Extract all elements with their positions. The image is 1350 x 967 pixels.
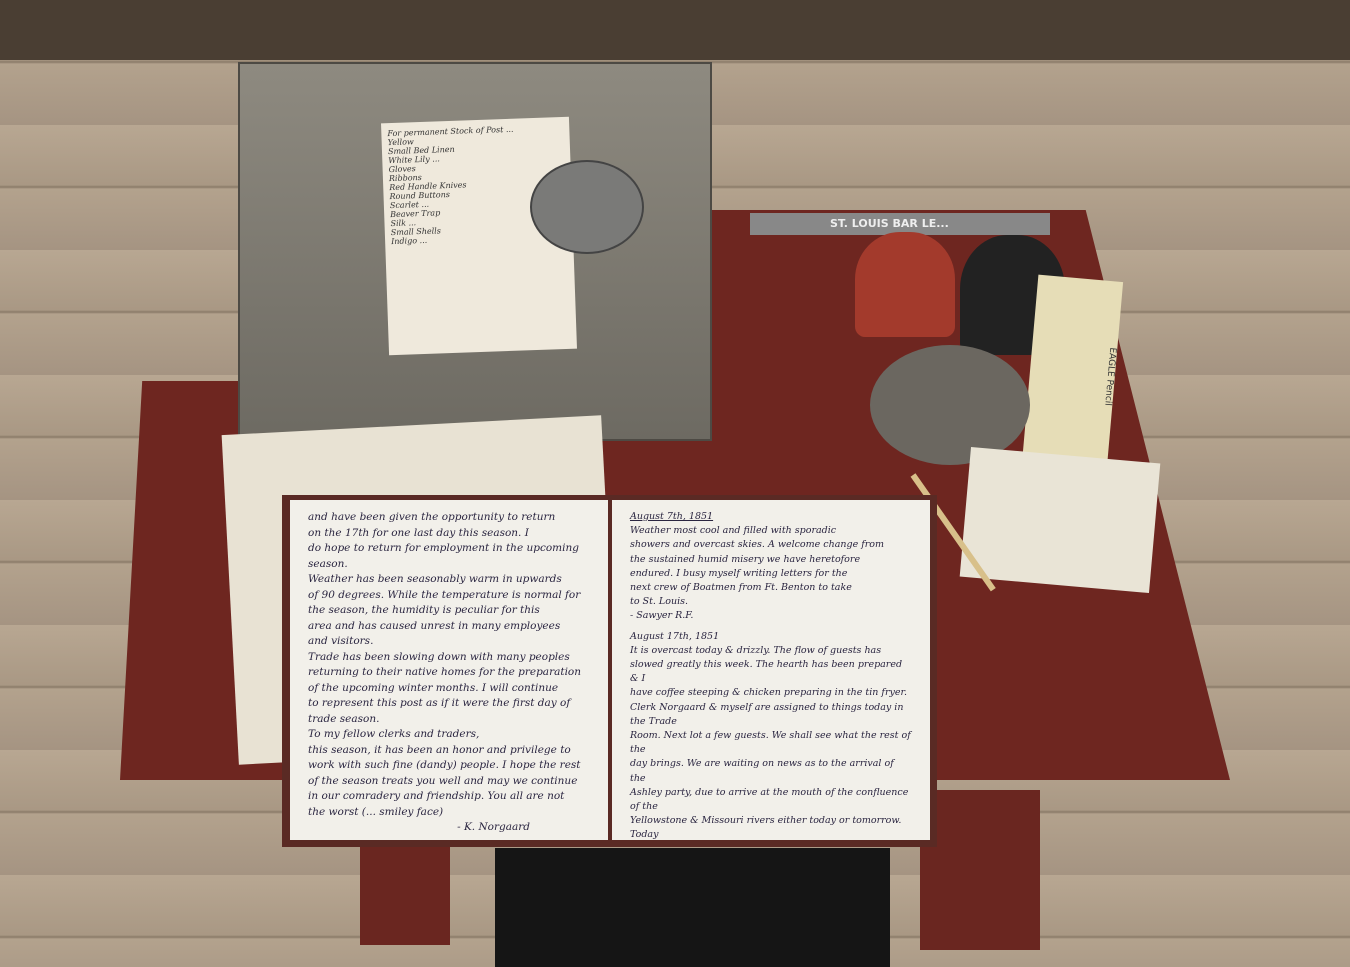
ledger-line: season. bbox=[308, 557, 590, 573]
ledger-line: Clerk Norgaard & myself are assigned to … bbox=[630, 701, 912, 729]
ledger-line: work with such fine (dandy) people. I ho… bbox=[308, 758, 590, 774]
ledger-line: to represent this post as if it were the… bbox=[308, 696, 590, 712]
table-leg bbox=[360, 840, 450, 945]
ledger-date: August 17th, 1851 bbox=[630, 630, 912, 644]
ledger-line: To my fellow clerks and traders, bbox=[308, 727, 590, 743]
ledger-line: trade season. bbox=[308, 712, 590, 728]
ledger-line: this season, it has been an honor and pr… bbox=[308, 743, 590, 759]
ledger-line: endured. I busy myself writing letters f… bbox=[630, 567, 912, 581]
candle-holder bbox=[530, 160, 644, 254]
ledger-line: returning to their native homes for the … bbox=[308, 665, 590, 681]
ledger-line: do hope to return for employment in the … bbox=[308, 541, 590, 557]
ledger-line: area and has caused unrest in many emplo… bbox=[308, 619, 590, 635]
ledger-line: the sustained humid misery we have heret… bbox=[630, 553, 912, 567]
ledger-line: Room. Next lot a few guests. We shall se… bbox=[630, 729, 912, 757]
ledger-line: the season, the humidity is peculiar for… bbox=[308, 603, 590, 619]
candle-plate bbox=[870, 345, 1030, 465]
ledger-line: of 90 degrees. While the temperature is … bbox=[308, 588, 590, 604]
black-stool bbox=[495, 848, 890, 967]
pencil-box: EAGLE Pencil bbox=[1022, 275, 1123, 472]
ledger-left-page: and have been given the opportunity to r… bbox=[290, 500, 608, 840]
ledger-line: in our comradery and friendship. You all… bbox=[308, 789, 590, 805]
red-pounce-tin bbox=[855, 232, 955, 337]
ledger-line: showers and overcast skies. A welcome ch… bbox=[630, 538, 912, 552]
table-leg bbox=[920, 790, 1040, 950]
ledger-signature: - Sawyer R.F. bbox=[630, 609, 912, 623]
loose-receipts bbox=[960, 447, 1161, 593]
ledger-line: to St. Louis. bbox=[630, 595, 912, 609]
ledger-signature: - K. Norgaard bbox=[308, 820, 590, 836]
ledger-line: Ashley party, due to arrive at the mouth… bbox=[630, 786, 912, 814]
ledger-line: on the 17th for one last day this season… bbox=[308, 526, 590, 542]
ledger-line: the worst (... smiley face) bbox=[308, 805, 590, 821]
ledger-line: and visitors. bbox=[308, 634, 590, 650]
ledger-date: August 7th, 1851 bbox=[630, 510, 912, 524]
ledger-line: It is overcast today & drizzly. The flow… bbox=[630, 644, 912, 658]
ledger-line: Trade has been slowing down with many pe… bbox=[308, 650, 590, 666]
ledger-line: day brings. We are waiting on news as to… bbox=[630, 757, 912, 785]
ledger-line: Weather has been seasonably warm in upwa… bbox=[308, 572, 590, 588]
ledger-line: of the season treats you well and may we… bbox=[308, 774, 590, 790]
background-wall bbox=[0, 0, 1350, 60]
ledger-line: of the upcoming winter months. I will co… bbox=[308, 681, 590, 697]
ledger-line: and have been given the opportunity to r… bbox=[308, 510, 590, 526]
ledger-line: next crew of Boatmen from Ft. Benton to … bbox=[630, 581, 912, 595]
ledger-line: slowed greatly this week. The hearth has… bbox=[630, 658, 912, 686]
open-ledger: and have been given the opportunity to r… bbox=[282, 495, 937, 847]
ledger-right-page: August 7th, 1851 Weather most cool and f… bbox=[612, 500, 930, 840]
ledger-line: Yellowstone & Missouri rivers either tod… bbox=[630, 814, 912, 840]
ledger-line: have coffee steeping & chicken preparing… bbox=[630, 686, 912, 700]
ledger-line: Weather most cool and filled with sporad… bbox=[630, 524, 912, 538]
